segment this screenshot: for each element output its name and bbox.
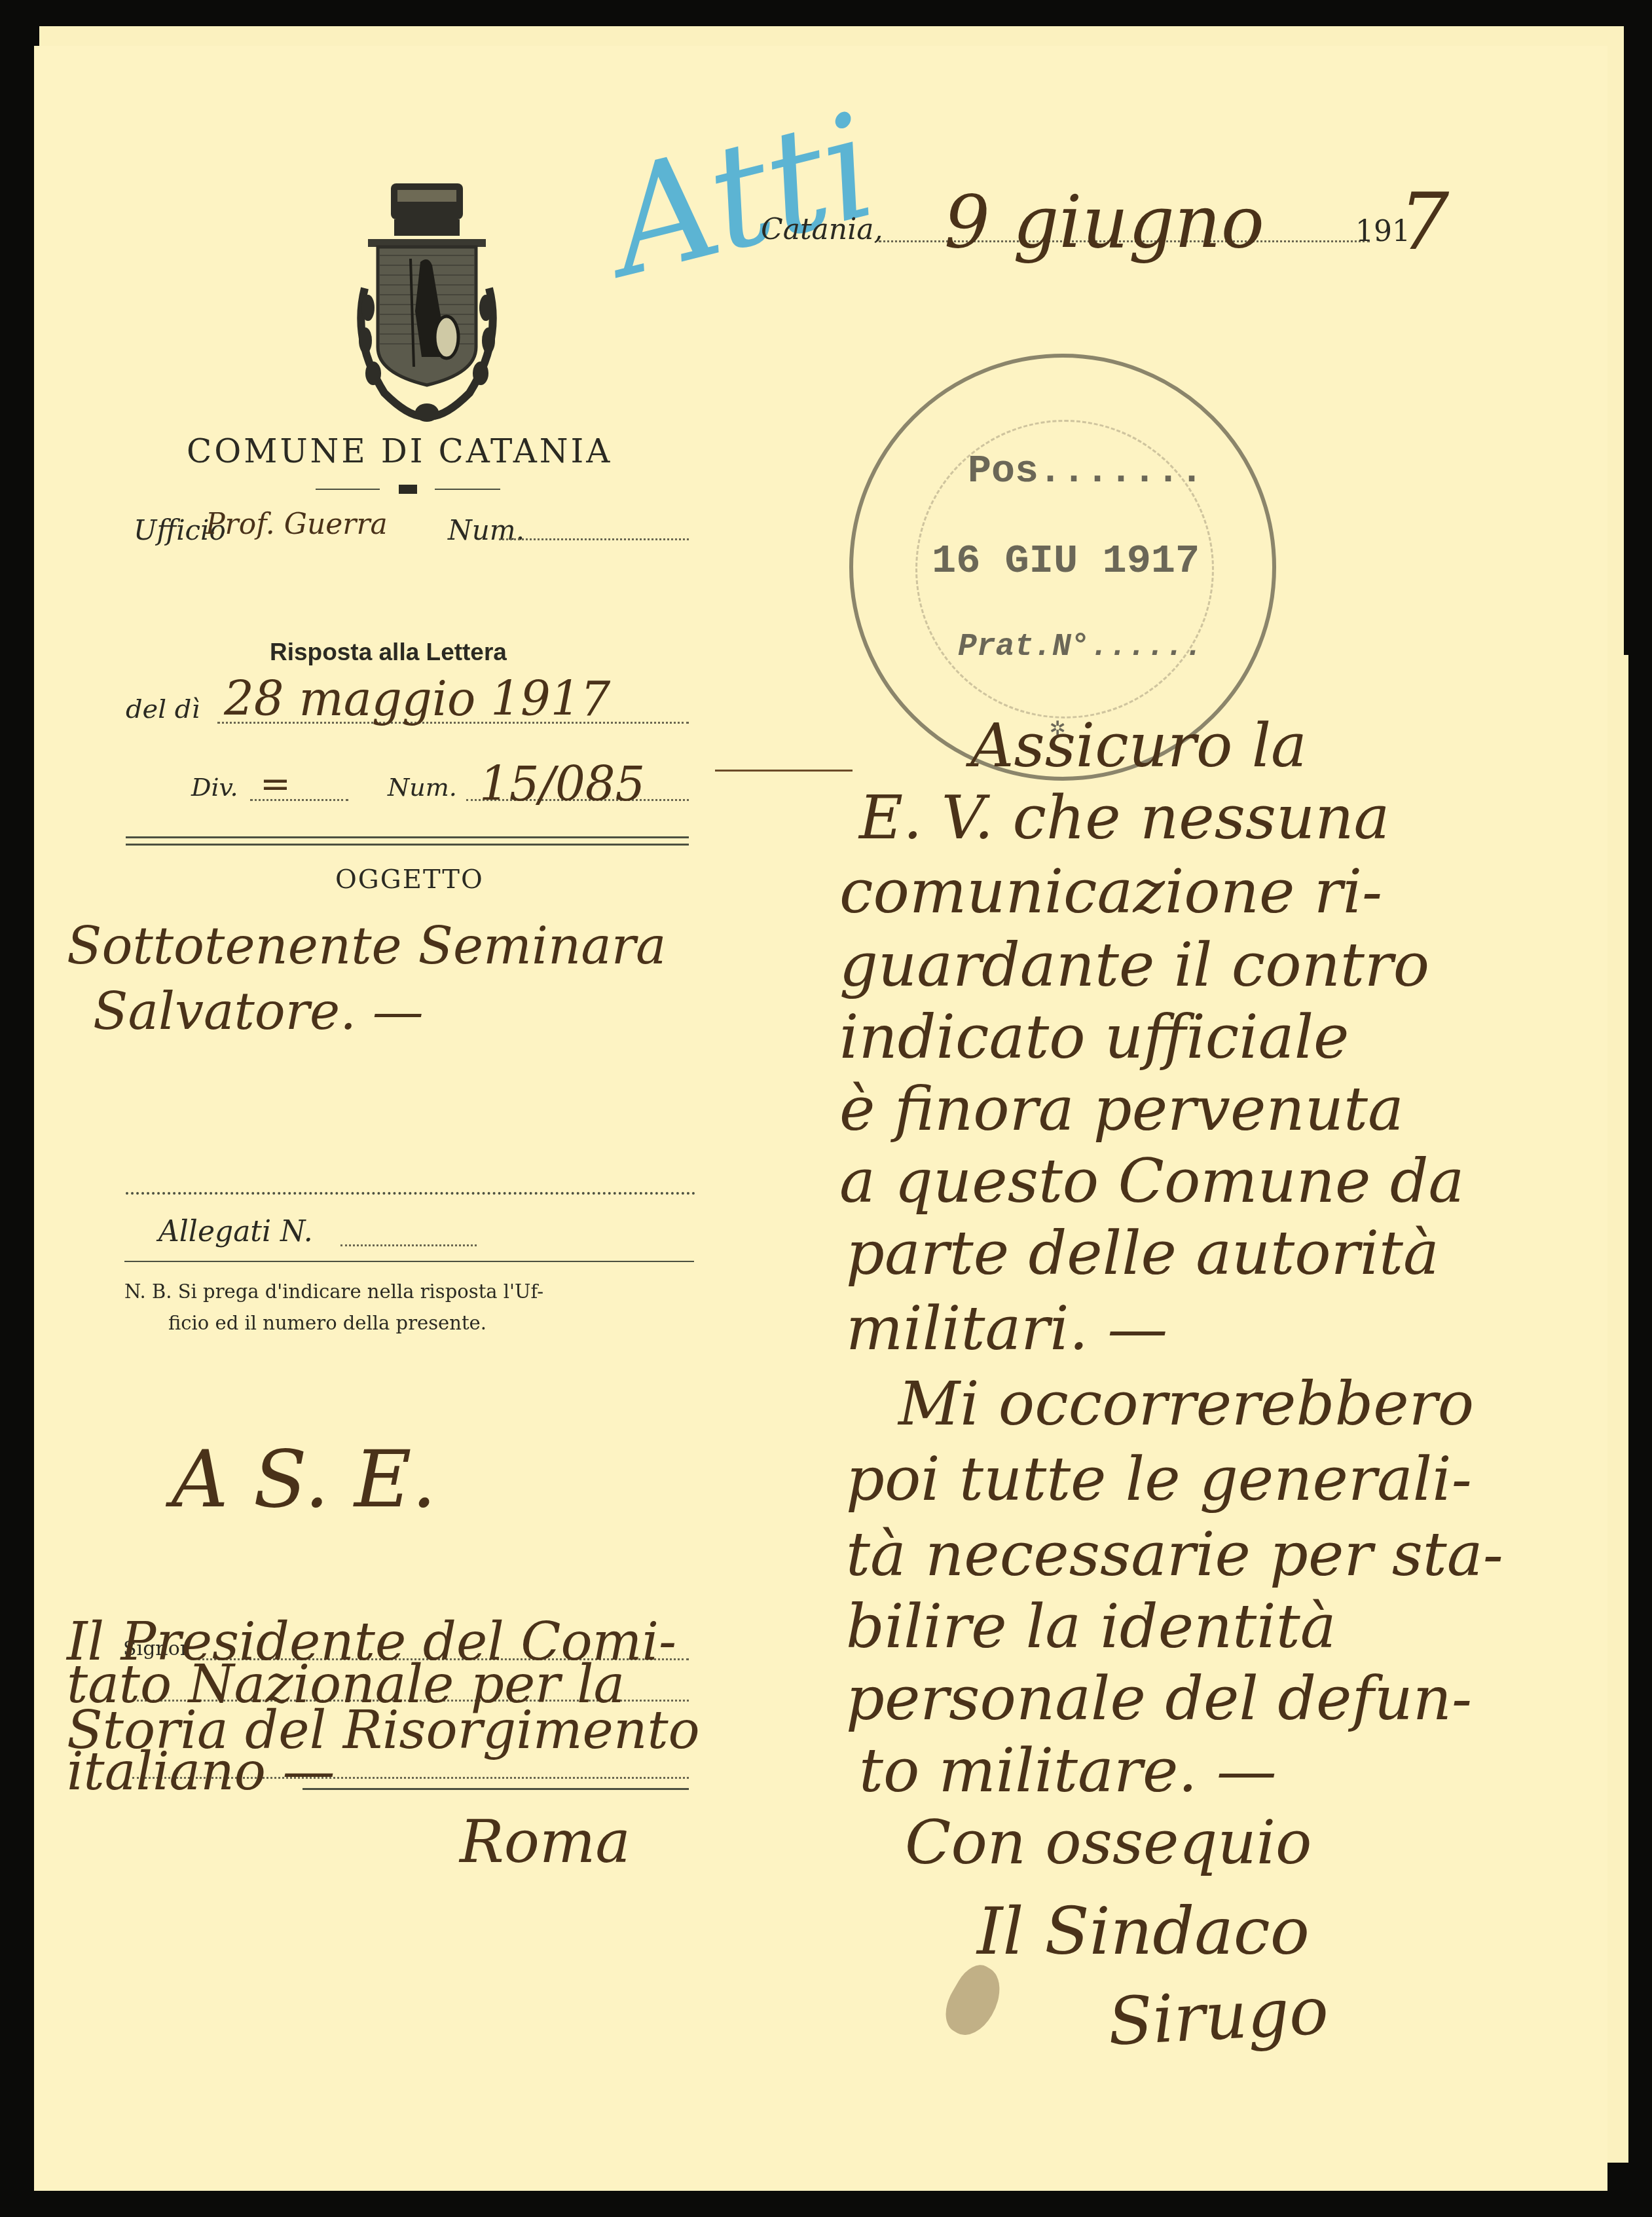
double-rule-top xyxy=(126,836,689,838)
oggetto-line-1: Sottotenente Seminara xyxy=(67,917,667,976)
body-line-6: è finora pervenuta xyxy=(839,1074,1404,1144)
signature: Sirugo xyxy=(1106,1972,1331,2060)
nb-line-2: ficio ed il numero della presente. xyxy=(168,1312,486,1334)
body-line-8: parte delle autorità xyxy=(846,1218,1439,1288)
nb-line-1: N. B. Si prega d'indicare nella risposta… xyxy=(124,1280,543,1303)
body-line-12: tà necessarie per sta- xyxy=(846,1519,1503,1590)
pencil-annotation: Atti xyxy=(594,82,890,308)
body-line-1: Assicuro la xyxy=(970,711,1307,781)
body-line-11: poi tutte le generali- xyxy=(846,1444,1472,1514)
ornament-rule-left xyxy=(316,489,380,490)
body-line-4: guardante il contro xyxy=(839,930,1429,1000)
allegati-rule-bottom xyxy=(124,1261,694,1262)
body-line-13: bilire la identità xyxy=(846,1592,1336,1662)
ornament-rule-right xyxy=(435,489,500,490)
address-city: Roma xyxy=(460,1808,631,1876)
address-salutation: A S. E. xyxy=(172,1434,437,1525)
ufficio-num-label: Num. xyxy=(448,514,524,546)
num2-value: 15/085 xyxy=(479,756,645,811)
body-line-16: Con ossequio xyxy=(905,1808,1312,1878)
ornament-square xyxy=(399,485,417,494)
stamp-prat: Prat.N°...... xyxy=(958,629,1203,665)
dateline-day-month: 9 giugno xyxy=(944,180,1264,264)
stamp-pos: Pos....... xyxy=(968,449,1203,494)
risposta-heading: Risposta alla Lettera xyxy=(270,639,507,666)
address-rule xyxy=(303,1788,689,1790)
stamp-date: 16 GIU 1917 xyxy=(932,538,1200,584)
num2-label: Num. xyxy=(388,773,457,802)
body-line-2: E. V. che nessuna xyxy=(859,783,1389,853)
body-line-3: comunicazione ri- xyxy=(839,857,1382,927)
ink-blot xyxy=(936,1958,1012,2043)
dateline-year-hand: 7 xyxy=(1399,177,1449,268)
allegati-rule-top xyxy=(126,1192,695,1195)
del-di-label: del dì xyxy=(126,694,200,724)
closing-title: Il Sindaco xyxy=(977,1893,1310,1969)
institution-title: COMUNE DI CATANIA xyxy=(187,432,612,470)
allegati-label: Allegati N. xyxy=(158,1215,313,1248)
num2-flourish xyxy=(715,770,853,772)
div-value: = xyxy=(260,763,291,806)
body-line-14: personale del defun- xyxy=(846,1664,1472,1734)
ufficio-num-field xyxy=(499,538,689,540)
allegati-field xyxy=(340,1244,477,1246)
oggetto-label: OGGETTO xyxy=(335,865,484,895)
catania-coat-of-arms-icon xyxy=(342,177,512,439)
address-line-4: italiano — xyxy=(67,1741,335,1802)
ufficio-value: Prof. Guerra xyxy=(206,508,388,541)
body-line-7: a questo Comune da xyxy=(839,1146,1464,1216)
dateline-place: Catania, xyxy=(761,213,883,246)
letter-page: COMUNE DI CATANIA Ufficio Prof. Guerra N… xyxy=(34,46,1607,2191)
body-line-15: to militare. — xyxy=(859,1736,1277,1806)
body-line-5: indicato ufficiale xyxy=(839,1002,1349,1072)
del-di-value: 28 maggio 1917 xyxy=(224,671,610,726)
body-line-9: militari. — xyxy=(846,1294,1167,1364)
double-rule-bottom xyxy=(126,844,689,846)
div-label: Div. xyxy=(191,773,238,802)
oggetto-line-2: Salvatore. — xyxy=(93,982,424,1041)
body-line-10: Mi occorrerebbero xyxy=(898,1369,1474,1439)
